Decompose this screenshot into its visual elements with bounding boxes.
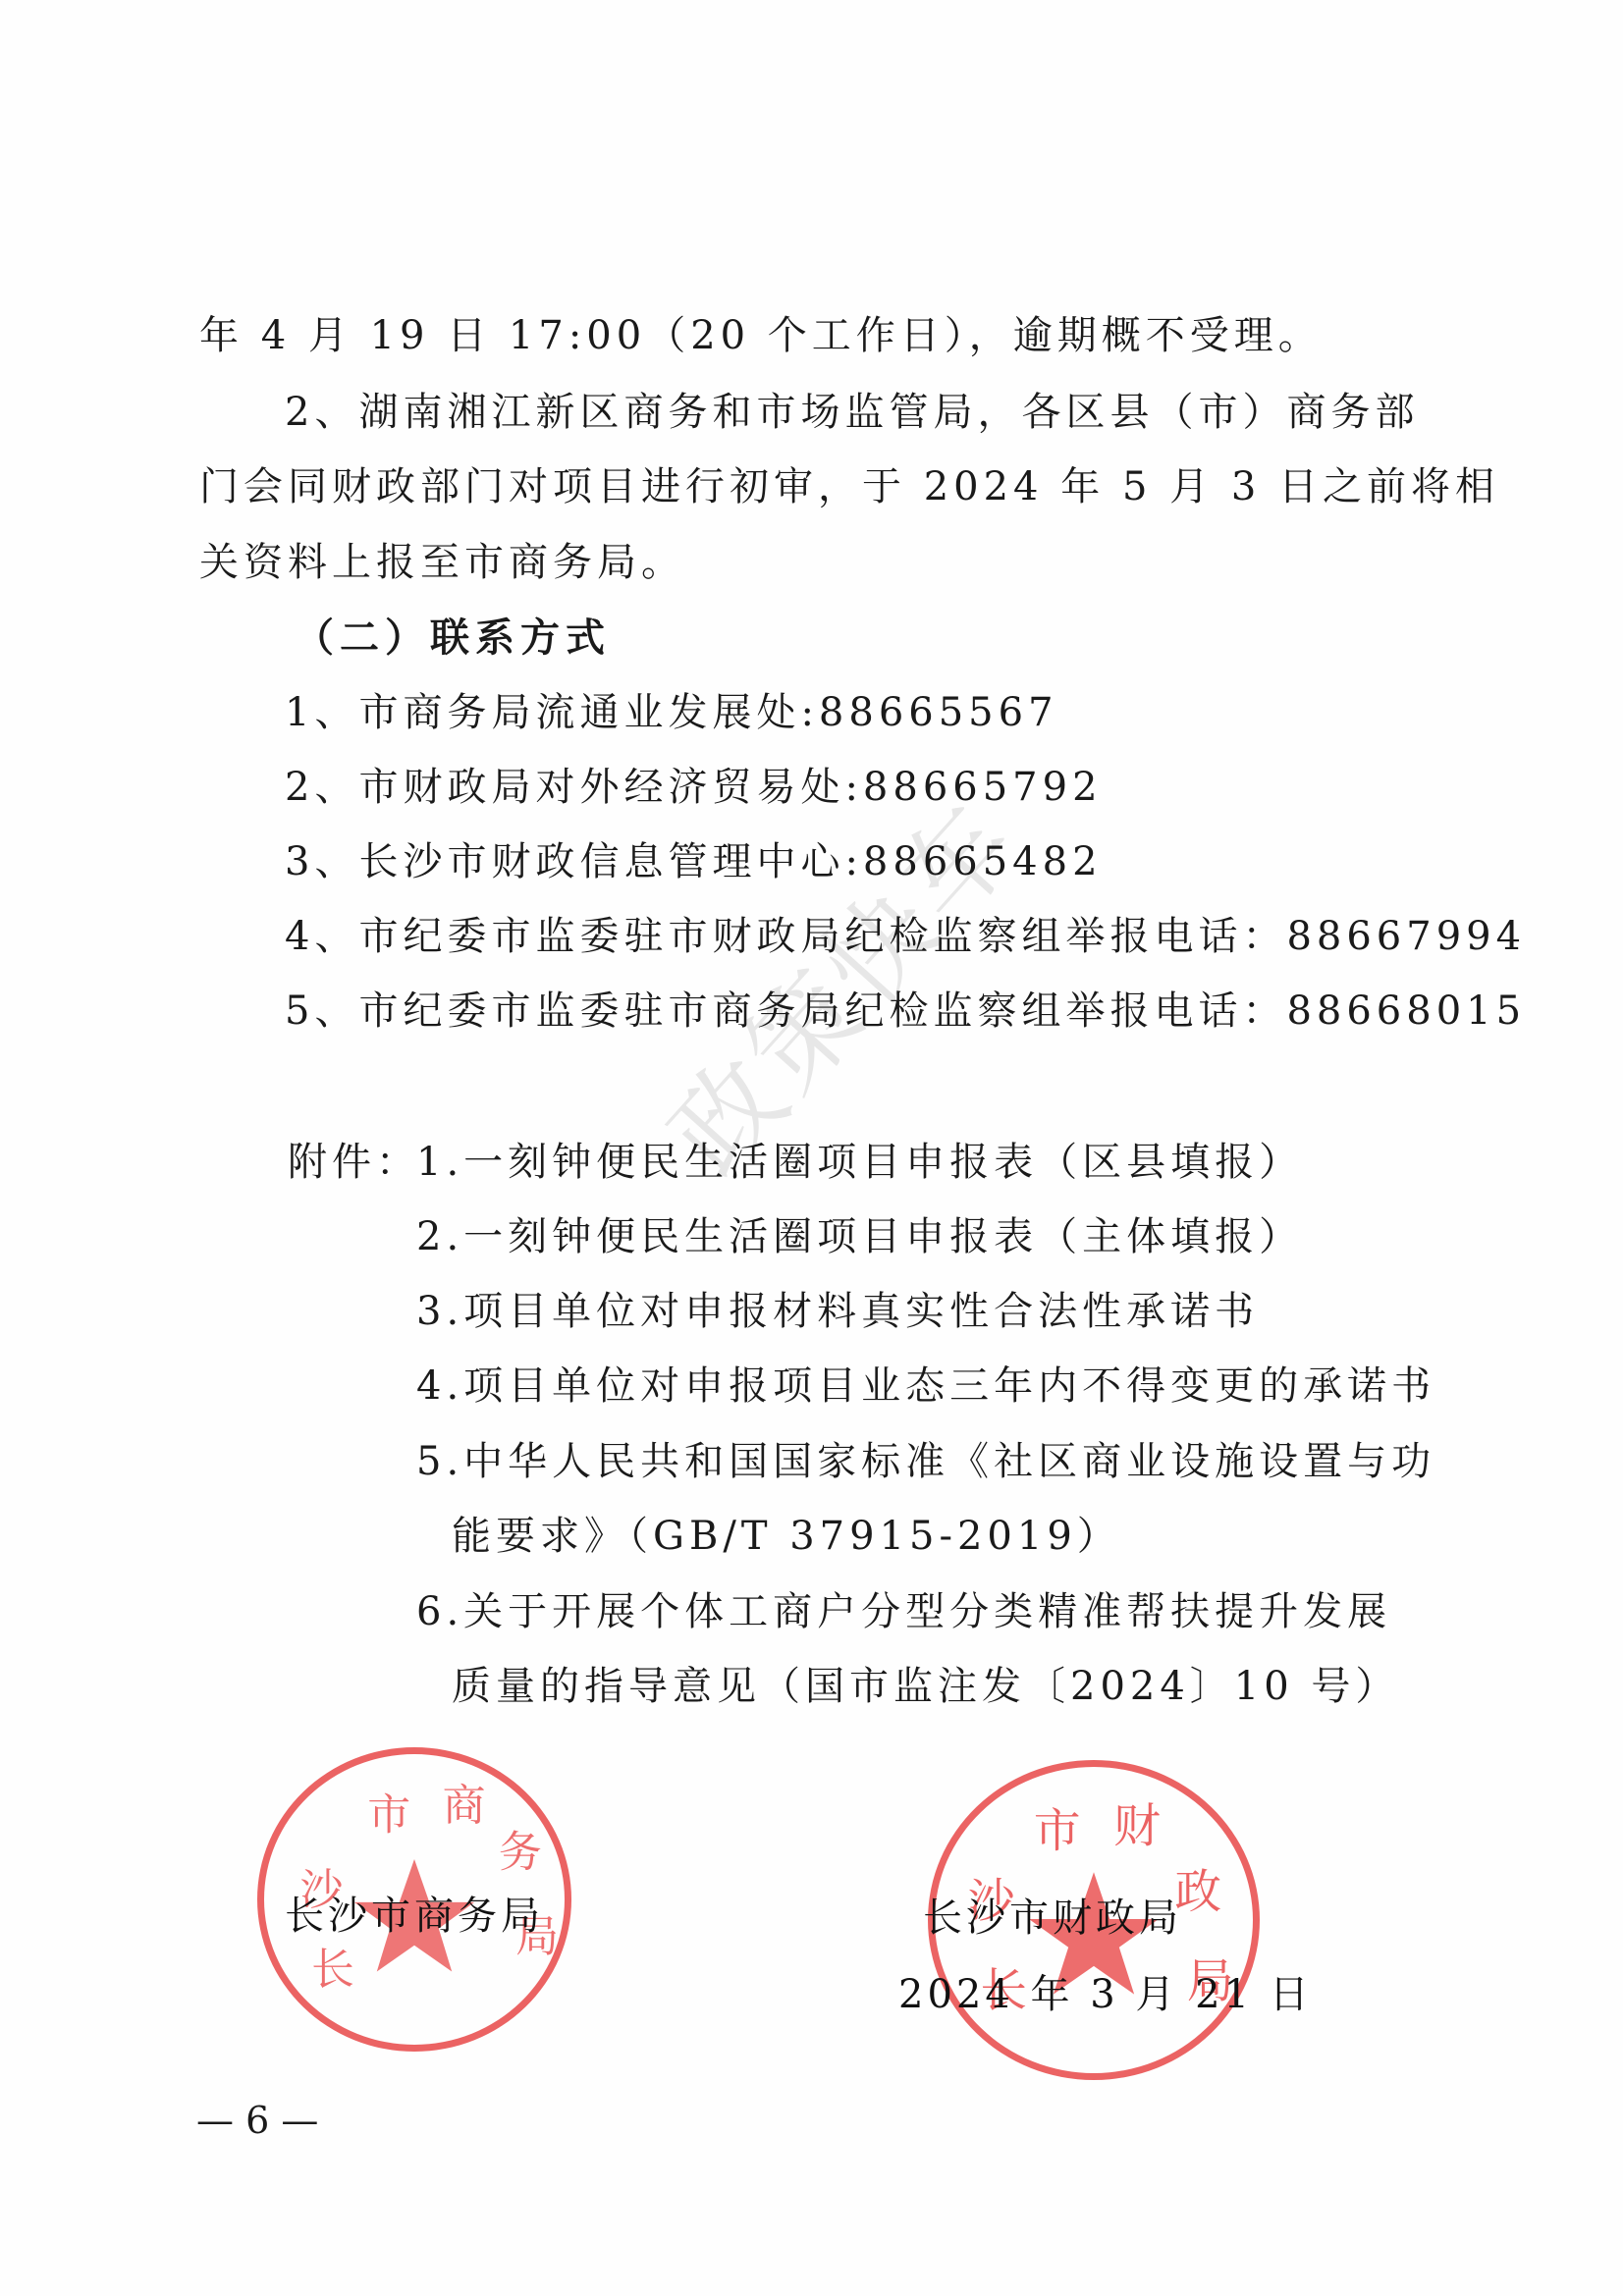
- attachments-label: 附件：: [288, 1139, 420, 1186]
- contact-item: 1、市商务局流通业发展处:88665567: [285, 689, 1058, 736]
- contact-item: 2、市财政局对外经济贸易处:88665792: [285, 764, 1103, 811]
- contact-item: 5、市纪委市监委驻市商务局纪检监察组举报电话：88668015: [285, 988, 1526, 1035]
- attachment-item: 6.关于开展个体工商户分型分类精准帮扶提升发展: [416, 1588, 1391, 1635]
- attachment-item: 2.一刻钟便民生活圈项目申报表（主体填报）: [416, 1213, 1303, 1260]
- paragraph-2-line-1: 2、湖南湘江新区商务和市场监管局，各区县（市）商务部: [285, 389, 1419, 436]
- svg-text:务: 务: [499, 1828, 542, 1878]
- svg-text:市: 市: [1034, 1804, 1081, 1858]
- paragraph-2-line-2: 门会同财政部门对项目进行初审，于 2024 年 5 月 3 日之前将相: [199, 463, 1499, 510]
- paragraph-2-line-3: 关资料上报至市商务局。: [199, 539, 685, 586]
- contact-heading: （二）联系方式: [295, 614, 611, 662]
- attachment-item-continued: 质量的指导意见（国市监注发〔2024〕10 号）: [452, 1663, 1399, 1710]
- contact-item: 3、长沙市财政信息管理中心:88665482: [285, 838, 1103, 885]
- signature-date: 2024 年 3 月 21 日: [898, 1963, 1313, 2019]
- svg-text:长: 长: [311, 1945, 354, 1995]
- attachment-item: 3.项目单位对申报材料真实性合法性承诺书: [416, 1288, 1259, 1335]
- page-number: — 6 —: [196, 2099, 318, 2142]
- svg-text:商: 商: [443, 1781, 486, 1831]
- paragraph-1-tail: 年 4 月 19 日 17:00（20 个工作日），逾期概不受理。: [199, 312, 1323, 359]
- contact-item: 4、市纪委市监委驻市财政局纪检监察组举报电话：88667994: [285, 913, 1526, 960]
- svg-text:市: 市: [367, 1789, 410, 1840]
- signature-finance-bureau: 长沙市财政局: [923, 1887, 1182, 1943]
- attachment-item-continued: 能要求》（GB/T 37915-2019）: [452, 1513, 1121, 1560]
- document-page: 政策快车 年 4 月 19 日 17:00（20 个工作日），逾期概不受理。 2…: [0, 0, 1623, 2296]
- signature-commerce-bureau: 长沙市商务局: [285, 1885, 544, 1941]
- svg-text:财: 财: [1113, 1800, 1161, 1854]
- attachment-item: 5.中华人民共和国国家标准《社区商业设施设置与功: [416, 1438, 1435, 1485]
- watermark: 政策快车: [628, 761, 1049, 1203]
- attachment-item: 1.一刻钟便民生活圈项目申报表（区县填报）: [416, 1139, 1303, 1186]
- attachment-item: 4.项目单位对申报项目业态三年内不得变更的承诺书: [416, 1362, 1435, 1410]
